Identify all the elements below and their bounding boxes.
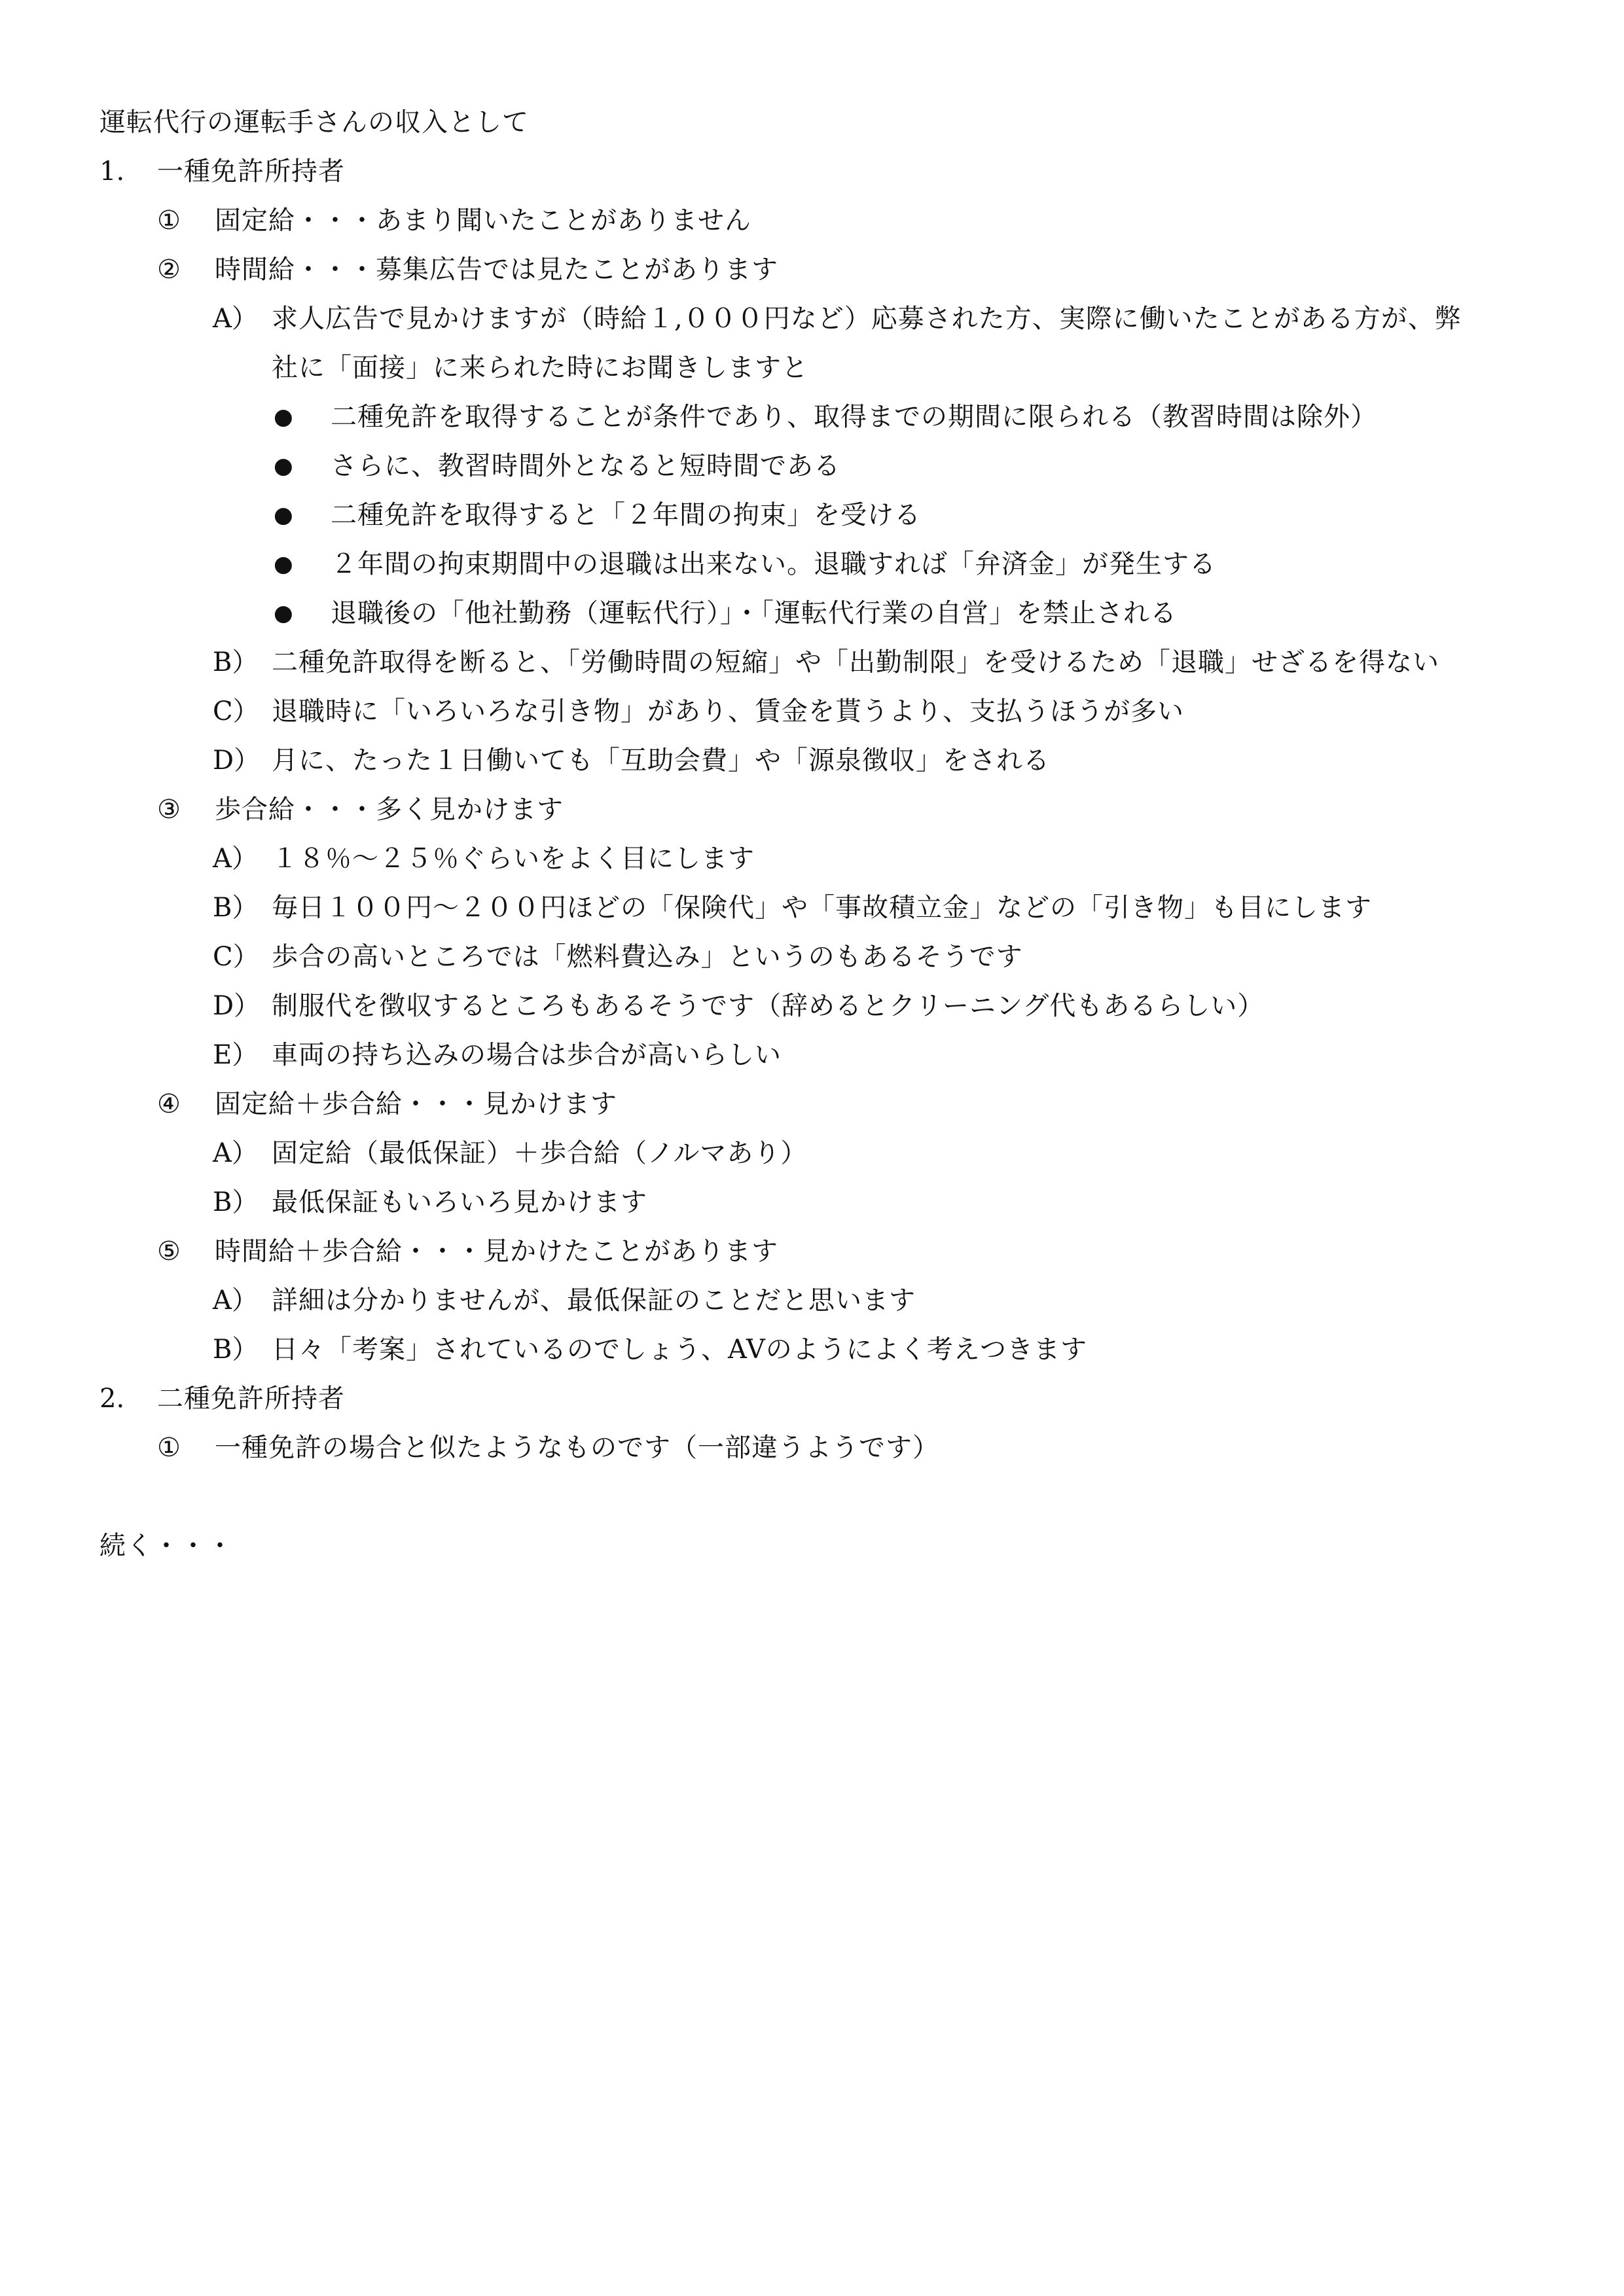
sub-item-text: 詳細は分かりませんが、最低保証のことだと思います xyxy=(272,1276,916,1325)
sub-item: B） 二種免許取得を断ると、「労働時間の短縮」や「出勤制限」を受けるため「退職」… xyxy=(99,638,1540,687)
sub-item-text: 最低保証もいろいろ見かけます xyxy=(272,1178,647,1227)
sub-item: E） 車両の持ち込みの場合は歩合が高いらしい xyxy=(99,1031,1540,1080)
sub-item-text: 歩合の高いところでは「燃料費込み」というのもあるそうです xyxy=(272,933,1023,982)
sub-item-text: 毎日１００円～２００円ほどの「保険代」や「事故積立金」などの「引き物」も目にしま… xyxy=(272,884,1372,933)
list-item: ① 固定給・・・あまり聞いたことがありません xyxy=(99,196,1540,245)
sub-item: B） 最低保証もいろいろ見かけます xyxy=(99,1178,1540,1227)
bullet-icon: ● xyxy=(274,540,293,589)
closing-text: 続く・・・ xyxy=(99,1522,234,1571)
sub-item-continuation: 社に「面接」に来られた時にお聞きしますと xyxy=(99,344,1540,393)
sub-item-letter: B） xyxy=(213,638,258,687)
sub-item-text: 求人広告で見かけますが（時給１,０００円など）応募された方、実際に働いたことがあ… xyxy=(272,295,1462,344)
bullet-icon: ● xyxy=(274,393,293,442)
bullet-item: ● 二種免許を取得すると「２年間の拘束」を受ける xyxy=(99,491,1540,540)
sub-item: D） 制服代を徴収するところもあるそうです（辞めるとクリーニング代もあるらしい） xyxy=(99,982,1540,1031)
bullet-item: ● さらに、教習時間外となると短時間である xyxy=(99,442,1540,491)
section-heading: 2. 二種免許所持者 xyxy=(99,1374,1540,1424)
sub-item-letter: C） xyxy=(213,687,259,736)
bullet-icon: ● xyxy=(274,491,293,540)
sub-item-letter: A） xyxy=(213,834,258,884)
sub-item-letter: B） xyxy=(213,1178,258,1227)
bullet-text: さらに、教習時間外となると短時間である xyxy=(331,442,840,491)
bullet-icon: ● xyxy=(274,442,293,491)
item-text: 一種免許の場合と似たようなものです（一部違うようです） xyxy=(215,1424,939,1473)
sub-item-letter: B） xyxy=(213,884,258,933)
bullet-text: ２年間の拘束期間中の退職は出来ない。退職すれば「弁済金」が発生する xyxy=(331,540,1216,589)
item-number: ① xyxy=(157,196,181,245)
sub-item-letter: D） xyxy=(213,736,260,785)
list-item: ⑤ 時間給＋歩合給・・・見かけたことがあります xyxy=(99,1227,1540,1276)
item-text: 固定給＋歩合給・・・見かけます xyxy=(215,1080,617,1129)
bullet-item: ● 二種免許を取得することが条件であり、取得までの期間に限られる（教習時間は除外… xyxy=(99,393,1540,442)
section-number: 1. xyxy=(99,147,124,196)
sub-item-text: 車両の持ち込みの場合は歩合が高いらしい xyxy=(272,1031,782,1080)
bullet-item: ● ２年間の拘束期間中の退職は出来ない。退職すれば「弁済金」が発生する xyxy=(99,540,1540,589)
sub-item-text: 二種免許取得を断ると、「労働時間の短縮」や「出勤制限」を受けるため「退職」せざる… xyxy=(272,638,1439,687)
item-text: 時間給・・・募集広告では見たことがあります xyxy=(215,245,778,295)
list-item: ② 時間給・・・募集広告では見たことがあります xyxy=(99,245,1540,295)
item-number: ④ xyxy=(157,1080,181,1129)
sub-item-text: 退職時に「いろいろな引き物」があり、賃金を貰うより、支払うほうが多い xyxy=(272,687,1184,736)
sub-item-letter: E） xyxy=(213,1031,258,1080)
sub-item-letter: B） xyxy=(213,1325,258,1374)
bullet-text: 二種免許を取得することが条件であり、取得までの期間に限られる（教習時間は除外） xyxy=(331,393,1377,442)
document-title: 運転代行の運転手さんの収入として xyxy=(99,98,1540,147)
sub-item-letter: C） xyxy=(213,933,259,982)
section-label: 一種免許所持者 xyxy=(157,147,345,196)
document-page: 運転代行の運転手さんの収入として 1. 一種免許所持者 ① 固定給・・・あまり聞… xyxy=(0,0,1624,2296)
sub-item: A） 固定給（最低保証）＋歩合給（ノルマあり） xyxy=(99,1129,1540,1178)
item-text: 固定給・・・あまり聞いたことがありません xyxy=(215,196,751,245)
section-label: 二種免許所持者 xyxy=(157,1374,345,1424)
sub-item-text: 制服代を徴収するところもあるそうです（辞めるとクリーニング代もあるらしい） xyxy=(272,982,1264,1031)
sub-item: A） 詳細は分かりませんが、最低保証のことだと思います xyxy=(99,1276,1540,1325)
sub-item: A） 求人広告で見かけますが（時給１,０００円など）応募された方、実際に働いたこ… xyxy=(99,295,1540,344)
bullet-item: ● 退職後の「他社勤務（運転代行）」・「運転代行業の自営」を禁止される xyxy=(99,589,1540,638)
sub-item-text: 日々「考案」されているのでしょう、AVのようによく考えつきます xyxy=(272,1325,1087,1374)
sub-item: B） 日々「考案」されているのでしょう、AVのようによく考えつきます xyxy=(99,1325,1540,1374)
section-number: 2. xyxy=(99,1374,124,1424)
list-item: ④ 固定給＋歩合給・・・見かけます xyxy=(99,1080,1540,1129)
sub-item: A） １８％～２５％ぐらいをよく目にします xyxy=(99,834,1540,884)
list-item: ③ 歩合給・・・多く見かけます xyxy=(99,785,1540,834)
sub-item: B） 毎日１００円～２００円ほどの「保険代」や「事故積立金」などの「引き物」も目… xyxy=(99,884,1540,933)
bullet-text: 退職後の「他社勤務（運転代行）」・「運転代行業の自営」を禁止される xyxy=(331,589,1177,638)
bullet-icon: ● xyxy=(274,589,293,638)
sub-item-letter: A） xyxy=(213,1276,258,1325)
list-item: ① 一種免許の場合と似たようなものです（一部違うようです） xyxy=(99,1424,1540,1473)
item-number: ② xyxy=(157,245,181,295)
sub-item: C） 退職時に「いろいろな引き物」があり、賃金を貰うより、支払うほうが多い xyxy=(99,687,1540,736)
sub-item-letter: D） xyxy=(213,982,260,1031)
blank-line xyxy=(99,1473,1540,1522)
sub-item-text: １８％～２５％ぐらいをよく目にします xyxy=(272,834,755,884)
item-text: 歩合給・・・多く見かけます xyxy=(215,785,564,834)
sub-item-text: 月に、たった１日働いても「互助会費」や「源泉徴収」をされる xyxy=(272,736,1050,785)
sub-item-text: 社に「面接」に来られた時にお聞きしますと xyxy=(272,344,808,393)
sub-item-letter: A） xyxy=(213,1129,258,1178)
sub-item-letter: A） xyxy=(213,295,258,344)
item-text: 時間給＋歩合給・・・見かけたことがあります xyxy=(215,1227,778,1276)
title-text: 運転代行の運転手さんの収入として xyxy=(99,98,529,147)
bullet-text: 二種免許を取得すると「２年間の拘束」を受ける xyxy=(331,491,921,540)
sub-item: C） 歩合の高いところでは「燃料費込み」というのもあるそうです xyxy=(99,933,1540,982)
item-number: ③ xyxy=(157,785,181,834)
closing-line: 続く・・・ xyxy=(99,1522,1540,1571)
section-heading: 1. 一種免許所持者 xyxy=(99,147,1540,196)
item-number: ① xyxy=(157,1424,181,1473)
item-number: ⑤ xyxy=(157,1227,181,1276)
document-body: 運転代行の運転手さんの収入として 1. 一種免許所持者 ① 固定給・・・あまり聞… xyxy=(99,98,1540,1571)
sub-item-text: 固定給（最低保証）＋歩合給（ノルマあり） xyxy=(272,1129,807,1178)
sub-item: D） 月に、たった１日働いても「互助会費」や「源泉徴収」をされる xyxy=(99,736,1540,785)
